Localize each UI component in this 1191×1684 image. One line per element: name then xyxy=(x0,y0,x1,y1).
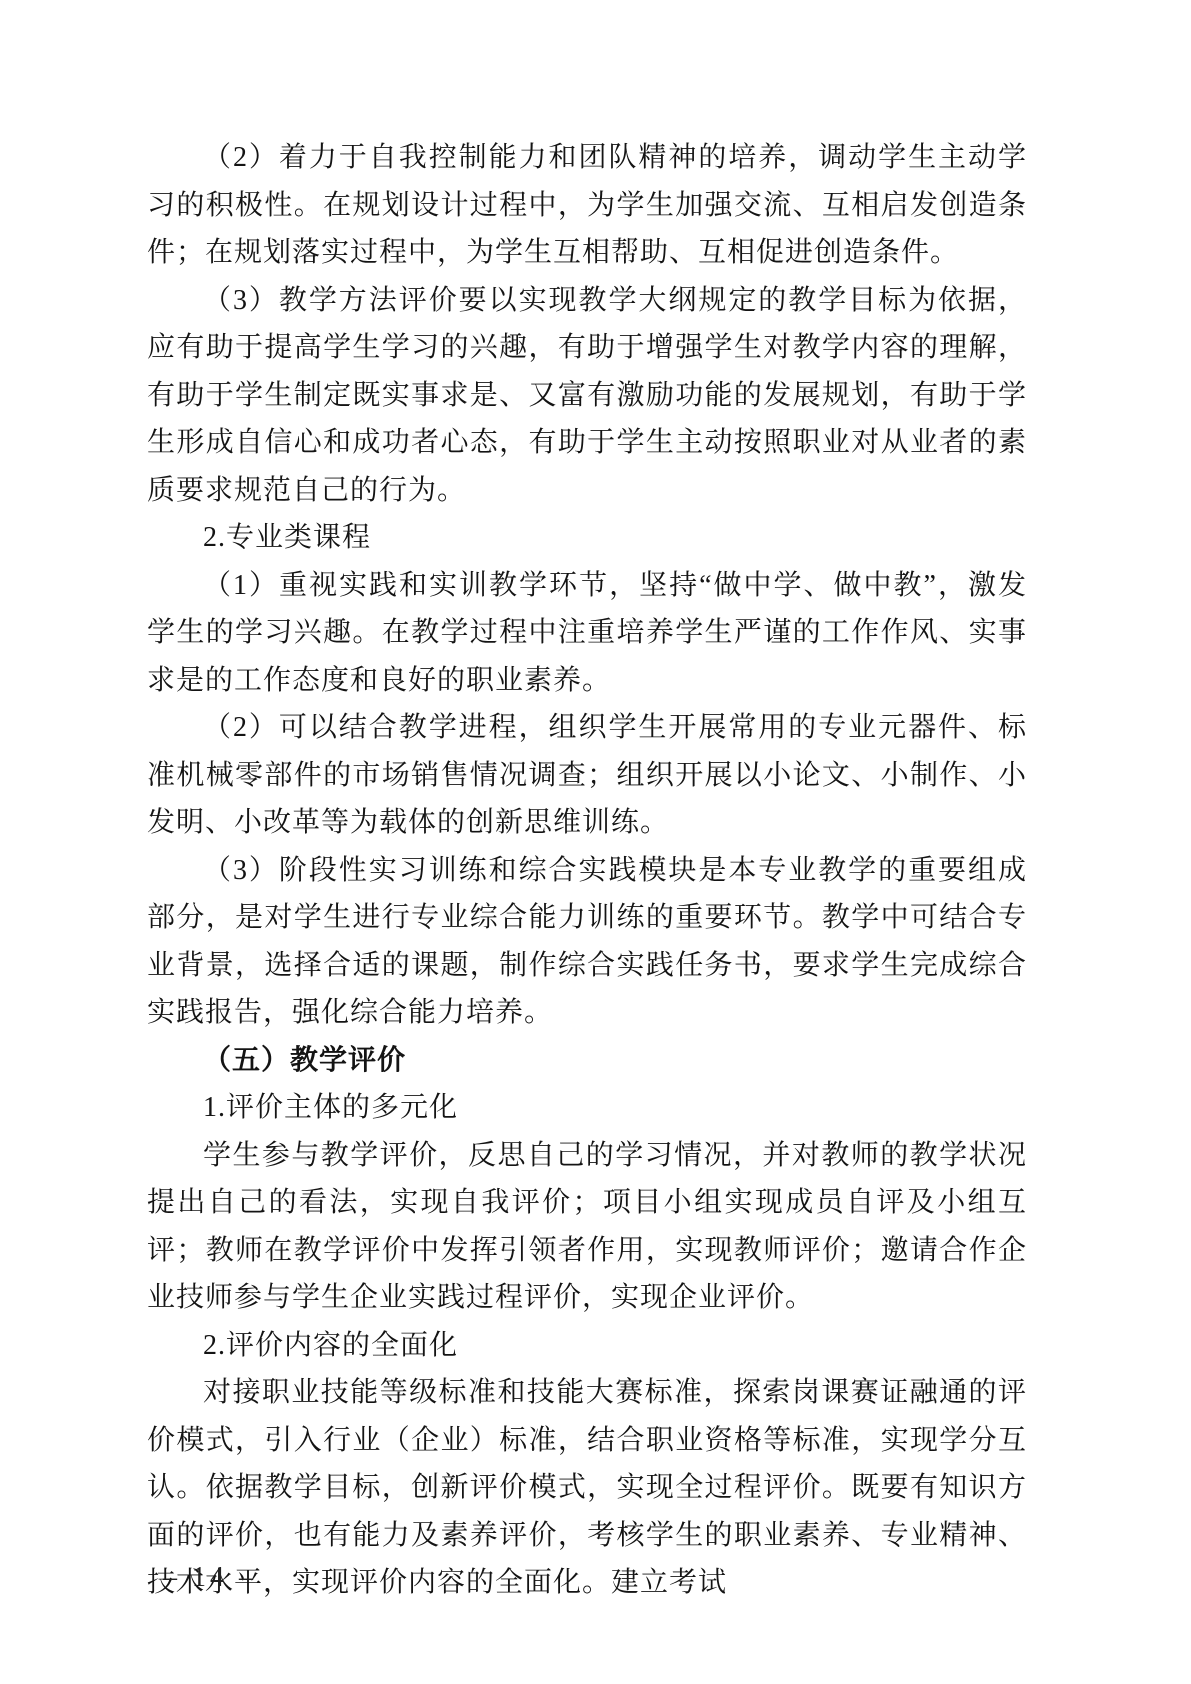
paragraph: 2.评价内容的全面化 xyxy=(147,1322,1027,1370)
section-heading: （五）教学评价 xyxy=(147,1037,1027,1085)
paragraph: （1）重视实践和实训教学环节，坚持“做中学、做中教”，激发学生的学习兴趣。在教学… xyxy=(147,562,1027,705)
paragraph: （2）着力于自我控制能力和团队精神的培养，调动学生主动学习的积极性。在规划设计过… xyxy=(147,134,1027,277)
paragraph: 1.评价主体的多元化 xyxy=(147,1084,1027,1132)
page-number: – 14 – xyxy=(163,1562,257,1594)
paragraph: 对接职业技能等级标准和技能大赛标准，探索岗课赛证融通的评价模式，引入行业（企业）… xyxy=(147,1369,1027,1607)
paragraph: （3）阶段性实习训练和综合实践模块是本专业教学的重要组成部分，是对学生进行专业综… xyxy=(147,847,1027,1037)
document-body: （2）着力于自我控制能力和团队精神的培养，调动学生主动学习的积极性。在规划设计过… xyxy=(147,134,1027,1607)
paragraph: 学生参与教学评价，反思自己的学习情况，并对教师的教学状况提出自己的看法，实现自我… xyxy=(147,1132,1027,1322)
paragraph: （2）可以结合教学进程，组织学生开展常用的专业元器件、标准机械零部件的市场销售情… xyxy=(147,704,1027,847)
document-page: （2）着力于自我控制能力和团队精神的培养，调动学生主动学习的积极性。在规划设计过… xyxy=(0,0,1191,1684)
paragraph: 2.专业类课程 xyxy=(147,514,1027,562)
paragraph: （3）教学方法评价要以实现教学大纲规定的教学目标为依据，应有助于提高学生学习的兴… xyxy=(147,277,1027,515)
